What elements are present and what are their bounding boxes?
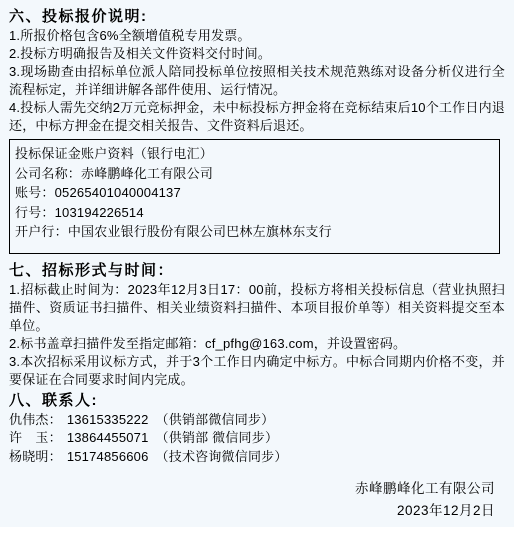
pricing-item-4: 4.投标人需先交纳2万元竞标押金，未中标投标方押金将在竞标结束后10个工作日内退…	[9, 99, 505, 135]
footer-constitution-text: constitution	[392, 526, 471, 527]
deposit-bankname-label: 开户行：	[15, 224, 68, 239]
contact-name-2: 许 玉：	[9, 430, 62, 445]
contact-name-1: 仇伟杰：	[9, 412, 62, 427]
footer-dashes-left: ---------------------------	[280, 526, 388, 527]
deposit-bankcode-label: 行号：	[15, 205, 55, 220]
contact-note-3: （技术咨询微信同步）	[156, 449, 288, 464]
deposit-company-row: 公司名称：赤峰鹏峰化工有限公司	[15, 164, 491, 184]
signature-company: 赤峰鹏峰化工有限公司	[9, 478, 495, 500]
footer-watermark-line: ---------------------------constitution-…	[9, 526, 505, 527]
form-time-item-3: 3.本次招标采用议标方式，并于3个工作日内确定中标方。中标合同期内价格不变，并要…	[9, 353, 505, 389]
contact-note-1: （供销部微信同步）	[156, 412, 275, 427]
contact-row-1: 仇伟杰：13615335222（供销部微信同步）	[9, 411, 505, 430]
deposit-bankcode-number: 103194226514	[55, 205, 144, 220]
deposit-company-value: 赤峰鹏峰化工有限公司	[81, 166, 213, 181]
tender-document-page: 六、投标报价说明: 1.所报价格包含6%全额增值税专用发票。 2.投标方明确报告…	[0, 0, 514, 527]
deposit-bankname-row: 开户行：中国农业银行股份有限公司巴林左旗林东支行	[15, 222, 491, 242]
section-heading-contacts: 八、联系人:	[9, 391, 505, 411]
deposit-account-label: 账号：	[15, 185, 55, 200]
contact-phone-1: 13615335222	[67, 412, 149, 427]
deposit-company-label: 公司名称：	[15, 166, 81, 181]
contact-row-2: 许 玉：13864455071（供销部 微信同步）	[9, 429, 505, 448]
pricing-item-3: 3.现场勘查由招标单位派人陪同投标单位按照相关技术规范熟练对设备分析仪进行全流程…	[9, 63, 505, 99]
deposit-bankcode-row: 行号：103194226514	[15, 203, 491, 223]
footer-dashes-right: ------	[475, 526, 499, 527]
pricing-item-2: 2.投标方明确报告及相关文件资料交付时间。	[9, 45, 505, 63]
pricing-item-1: 1.所报价格包含6%全额增值税专用发票。	[9, 27, 505, 45]
signature-date: 2023年12月2日	[9, 500, 495, 522]
contact-row-3: 杨晓明：15174856606（技术咨询微信同步）	[9, 448, 505, 467]
section-heading-pricing: 六、投标报价说明:	[9, 7, 505, 27]
contact-note-2: （供销部 微信同步）	[156, 430, 279, 445]
form-time-item-2: 2.标书盖章扫描件发至指定邮箱：cf_pfhg@163.com，并设置密码。	[9, 335, 505, 353]
form-time-item-1: 1.招标截止时间为：2023年12月3日17：00前，投标方将相关投标信息（营业…	[9, 281, 505, 335]
contact-phone-2: 13864455071	[67, 430, 149, 445]
deposit-account-number: 05265401040004137	[55, 185, 181, 200]
deposit-account-box: 投标保证金账户资料（银行电汇） 公司名称：赤峰鹏峰化工有限公司 账号：05265…	[9, 139, 500, 254]
section-heading-form-time: 七、招标形式与时间：	[9, 261, 505, 281]
deposit-bankname-value: 中国农业银行股份有限公司巴林左旗林东支行	[68, 224, 332, 239]
deposit-account-row: 账号：05265401040004137	[15, 183, 491, 203]
contact-phone-3: 15174856606	[67, 449, 149, 464]
contact-name-3: 杨晓明：	[9, 449, 62, 464]
signature-block: 赤峰鹏峰化工有限公司 2023年12月2日	[9, 478, 505, 522]
deposit-box-title: 投标保证金账户资料（银行电汇）	[15, 144, 491, 164]
